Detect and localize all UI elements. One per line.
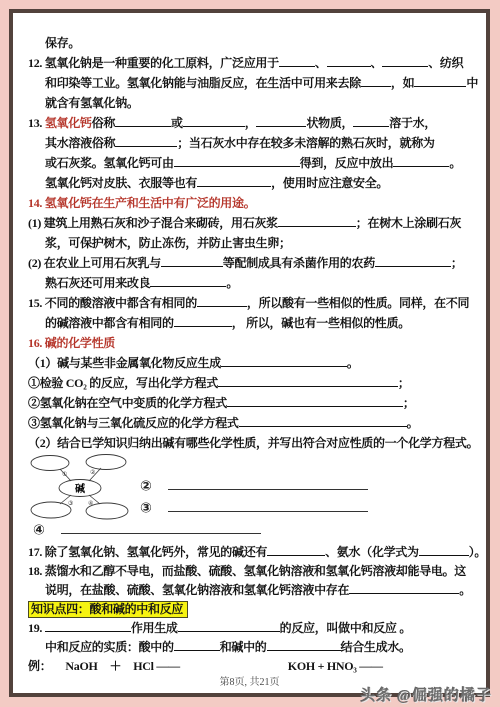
text-segment: （2）结合已学知识归纳出碱有哪些化学性质，并写出符合对应性质的一个化学方程式。 — [28, 436, 478, 450]
spacer — [98, 669, 110, 670]
fill-in-blank — [115, 134, 177, 147]
text-segment: ； — [398, 376, 410, 390]
fill-in-blank — [361, 74, 391, 87]
answer-number: ② — [140, 478, 152, 494]
text-segment: 中和反应的实质：酸中的 — [45, 640, 174, 654]
worksheet-text-block-top: 保存。12. 氢氧化钠是一种重要的化工原料，广泛应用于、、、纺织和印染等工业。氢… — [28, 33, 478, 453]
text-segment: 的碱溶液中都含有相同的 — [45, 316, 174, 330]
fill-in-blank — [375, 254, 451, 267]
text-line: 说明，在盐酸、硫酸、氢氧化钠溶液和氢氧化钙溶液中存在。 — [28, 581, 478, 600]
link-label-4: ④ — [88, 500, 93, 507]
document-page: 保存。12. 氢氧化钠是一种重要的化工原料，广泛应用于、、、纺织和印染等工业。氢… — [9, 9, 490, 697]
text-segment: 结合生成水。 — [341, 640, 411, 654]
text-segment: 14. 氢氧化钙在生产和生活中有广泛的用途。 — [28, 196, 255, 210]
fill-in-blank — [218, 374, 398, 387]
text-line: 和印染等工业。氢氧化钠能与油脂反应，在生活中可用来去除，如中 — [28, 73, 478, 93]
concept-map-diagram: ① ② ③ ④ 碱 — [28, 453, 144, 525]
text-segment: 就含有氢氧化钠。 — [45, 96, 139, 110]
text-segment: 。 — [226, 276, 238, 290]
text-line: 或石灰浆。氢氧化钙可由得到，反应中放出。 — [28, 153, 478, 173]
text-segment: 。 — [347, 356, 359, 370]
text-line: 18. 蒸馏水和乙醇不导电，而盐酸、硫酸、氢氧化钠溶液和氢氧化钙溶液却能导电。这 — [28, 562, 478, 581]
fill-in-blank — [382, 54, 428, 67]
fill-in-blank — [197, 294, 247, 307]
text-segment: 和碱中的 — [220, 640, 267, 654]
text-line: 19. 作用生成的反应，叫做中和反应 。 — [28, 619, 478, 638]
text-segment: (2) 在农业上可用石灰乳与 — [28, 256, 161, 270]
text-segment: 、氨水（化学式为 — [325, 545, 419, 559]
fill-in-blank — [174, 154, 300, 167]
text-segment: ①检验 CO₂ 的反应，写出化学方程式 — [28, 376, 218, 390]
answer-row-4: ④ — [33, 520, 261, 540]
text-segment: ， 所以，碱也有一些相似的性质。 — [232, 316, 410, 330]
text-segment: 保存。 — [45, 36, 80, 50]
fill-in-blank — [183, 114, 245, 127]
fill-in-blank — [256, 114, 306, 127]
text-segment: 中 — [466, 76, 478, 90]
fill-in-blank — [349, 581, 459, 594]
text-segment: 俗称 — [92, 116, 115, 130]
text-segment: 例： — [28, 659, 51, 673]
text-line: 的碱溶液中都含有相同的， 所以，碱也有一些相似的性质。 — [28, 313, 478, 333]
link-label-2: ② — [90, 469, 96, 476]
text-line: （1）碱与某些非金属氧化物反应生成。 — [28, 353, 478, 373]
fill-in-blank — [414, 74, 466, 87]
text-line: ③氢氧化钠与三氧化硫反应的化学方程式。 — [28, 413, 478, 433]
fill-in-blank — [278, 214, 356, 227]
text-segment: 说明，在盐酸、硫酸、氢氧化钠溶液和氢氧化钙溶液中存在 — [45, 583, 349, 597]
fill-in-blank — [267, 543, 325, 556]
text-segment: ②氢氧化钠在空气中变质的化学方程式 — [28, 396, 227, 410]
fill-in-blank — [174, 638, 220, 651]
text-segment: 18. 蒸馏水和乙醇不导电，而盐酸、硫酸、氢氧化钠溶液和氢氧化钙溶液却能导电。这 — [28, 564, 466, 578]
answer-row-2: ② — [140, 476, 368, 496]
fill-in-blank — [227, 394, 403, 407]
text-segment: 或石灰浆。氢氧化钙可由 — [45, 156, 174, 170]
text-segment: 作用生成 — [131, 621, 178, 635]
fill-in-blank — [393, 154, 449, 167]
fill-in-blank — [115, 114, 171, 127]
text-segment: 熟石灰还可用来改良 — [45, 276, 150, 290]
fill-in-blank — [150, 274, 226, 287]
text-segment: ，所以酸有一些相似的性质。同样，在不同 — [247, 296, 469, 310]
text-segment: ，如 — [391, 76, 414, 90]
text-segment: ， — [245, 116, 257, 130]
text-segment: 等配制成具有杀菌作用的农药 — [223, 256, 375, 270]
text-segment: 13. — [28, 116, 45, 130]
concept-node-bottom-left — [31, 502, 71, 518]
text-line: 16. 碱的化学性质 — [28, 333, 478, 353]
fill-in-blank — [353, 114, 389, 127]
text-line: (2) 在农业上可用石灰乳与等配制成具有杀菌作用的农药； — [28, 253, 478, 273]
spacer — [51, 669, 65, 670]
text-line: 熟石灰还可用来改良。 — [28, 273, 478, 293]
fill-in-blank — [279, 54, 315, 67]
page-content: 保存。12. 氢氧化钠是一种重要的化工原料，广泛应用于、、、纺织和印染等工业。氢… — [28, 33, 478, 676]
fill-in-blank — [197, 174, 271, 187]
text-segment: ； — [451, 256, 463, 270]
answer-row-3: ③ — [140, 498, 368, 518]
text-line: 中和反应的实质：酸中的和碱中的结合生成水。 — [28, 638, 478, 657]
text-segment: ＋ — [110, 659, 122, 673]
fill-in-blank — [239, 414, 407, 427]
text-segment: 12. 氢氧化钠是一种重要的化工原料，广泛应用于 — [28, 56, 279, 70]
text-line: 15. 不同的酸溶液中都含有相同的，所以酸有一些相似的性质。同样，在不同 — [28, 293, 478, 313]
text-line: ②氢氧化钠在空气中变质的化学方程式； — [28, 393, 478, 413]
fill-in-blank — [45, 619, 131, 632]
text-segment: 15. 不同的酸溶液中都含有相同的 — [28, 296, 197, 310]
fill-in-blank — [327, 54, 371, 67]
text-segment: 状物质， — [306, 116, 353, 130]
text-segment: 氢氧化钙 — [45, 116, 92, 130]
answer-blank-line — [168, 476, 368, 490]
text-segment: NaOH — [65, 659, 97, 673]
text-line: 知识点四：酸和碱的中和反应 — [28, 600, 478, 619]
text-segment: KOH + HNO₃ —— — [288, 659, 383, 673]
text-segment: ，使用时应注意安全。 — [271, 176, 388, 190]
text-segment: ）。 — [469, 545, 486, 559]
fill-in-blank — [267, 638, 341, 651]
text-segment: ；当石灰水中存在较多未溶解的熟石灰时，就称为 — [177, 136, 434, 150]
concept-map-section: ① ② ③ ④ 碱 ② ③ ④ — [28, 453, 478, 543]
text-segment: 浆，可保护树木，防止冻伤，并防止害虫生卵； — [45, 236, 291, 250]
text-segment: 和印染等工业。氢氧化钠能与油脂反应，在生活中可用来去除 — [45, 76, 361, 90]
center-node-label: 碱 — [75, 482, 85, 495]
text-segment: 的反应，叫做中和反应 。 — [280, 621, 411, 635]
text-line: 其水溶液俗称；当石灰水中存在较多未溶解的熟石灰时，就称为 — [28, 133, 478, 153]
fill-in-blank — [419, 543, 469, 556]
text-segment: ； — [403, 396, 415, 410]
fill-in-blank — [161, 254, 223, 267]
text-line: 13. 氢氧化钙俗称或，状物质，溶于水， — [28, 113, 478, 133]
text-segment: 。 — [449, 156, 461, 170]
text-segment: 、纺织 — [428, 56, 463, 70]
link-label-1: ① — [62, 471, 67, 478]
spacer — [180, 669, 288, 670]
fill-in-blank — [178, 619, 280, 632]
text-line: 氢氧化钙对皮肤、衣服等也有，使用时应注意安全。 — [28, 173, 478, 193]
text-segment: 。 — [407, 416, 419, 430]
text-segment: 得到，反应中放出 — [300, 156, 394, 170]
text-segment: 溶于水， — [389, 116, 436, 130]
text-line: 17. 除了氢氧化钠、氢氧化钙外，常见的碱还有、氨水（化学式为）。 — [28, 543, 478, 562]
text-segment: ③氢氧化钠与三氧化硫反应的化学方程式 — [28, 416, 239, 430]
text-line: 浆，可保护树木，防止冻伤，并防止害虫生卵； — [28, 233, 478, 253]
text-segment: (1) 建筑上用熟石灰和沙子混合来砌砖，用石灰浆 — [28, 216, 278, 230]
answer-blank-line — [168, 498, 368, 512]
text-segment: 其水溶液俗称 — [45, 136, 115, 150]
text-segment: 或 — [171, 116, 183, 130]
answer-blank-line — [61, 520, 261, 534]
text-line: (1) 建筑上用熟石灰和沙子混合来砌砖，用石灰浆；在树木上涂刷石灰 — [28, 213, 478, 233]
watermark: 头条 @倔强的橘子 — [360, 684, 492, 705]
text-line: 12. 氢氧化钠是一种重要的化工原料，广泛应用于、、、纺织 — [28, 53, 478, 73]
text-segment: （1）碱与某些非金属氧化物反应生成 — [28, 356, 221, 370]
spacer — [121, 669, 133, 670]
topic-heading-highlight: 知识点四：酸和碱的中和反应 — [28, 601, 188, 618]
answer-number: ④ — [33, 522, 45, 538]
answer-number: ③ — [140, 500, 152, 516]
text-segment: 。 — [459, 583, 471, 597]
text-segment: 氢氧化钙对皮肤、衣服等也有 — [45, 176, 197, 190]
text-segment: HCl —— — [133, 659, 180, 673]
text-line: （2）结合已学知识归纳出碱有哪些化学性质，并写出符合对应性质的一个化学方程式。 — [28, 433, 478, 453]
concept-node-top-left — [31, 456, 69, 471]
text-segment: 、 — [315, 56, 327, 70]
text-segment: 、 — [371, 56, 383, 70]
text-line: 14. 氢氧化钙在生产和生活中有广泛的用途。 — [28, 193, 478, 213]
text-segment: 19. — [28, 621, 45, 635]
text-segment: ；在树木上涂刷石灰 — [356, 216, 461, 230]
worksheet-text-block-bottom: 17. 除了氢氧化钠、氢氧化钙外，常见的碱还有、氨水（化学式为）。18. 蒸馏水… — [28, 543, 478, 676]
text-line: 保存。 — [28, 33, 478, 53]
text-line: 就含有氢氧化钠。 — [28, 93, 478, 113]
fill-in-blank — [221, 354, 347, 367]
concept-node-top-right — [86, 455, 126, 470]
text-segment: 17. 除了氢氧化钠、氢氧化钙外，常见的碱还有 — [28, 545, 267, 559]
link-label-3: ③ — [68, 500, 73, 507]
fill-in-blank — [174, 314, 232, 327]
text-segment: 16. 碱的化学性质 — [28, 336, 115, 350]
text-line: ①检验 CO₂ 的反应，写出化学方程式； — [28, 373, 478, 393]
